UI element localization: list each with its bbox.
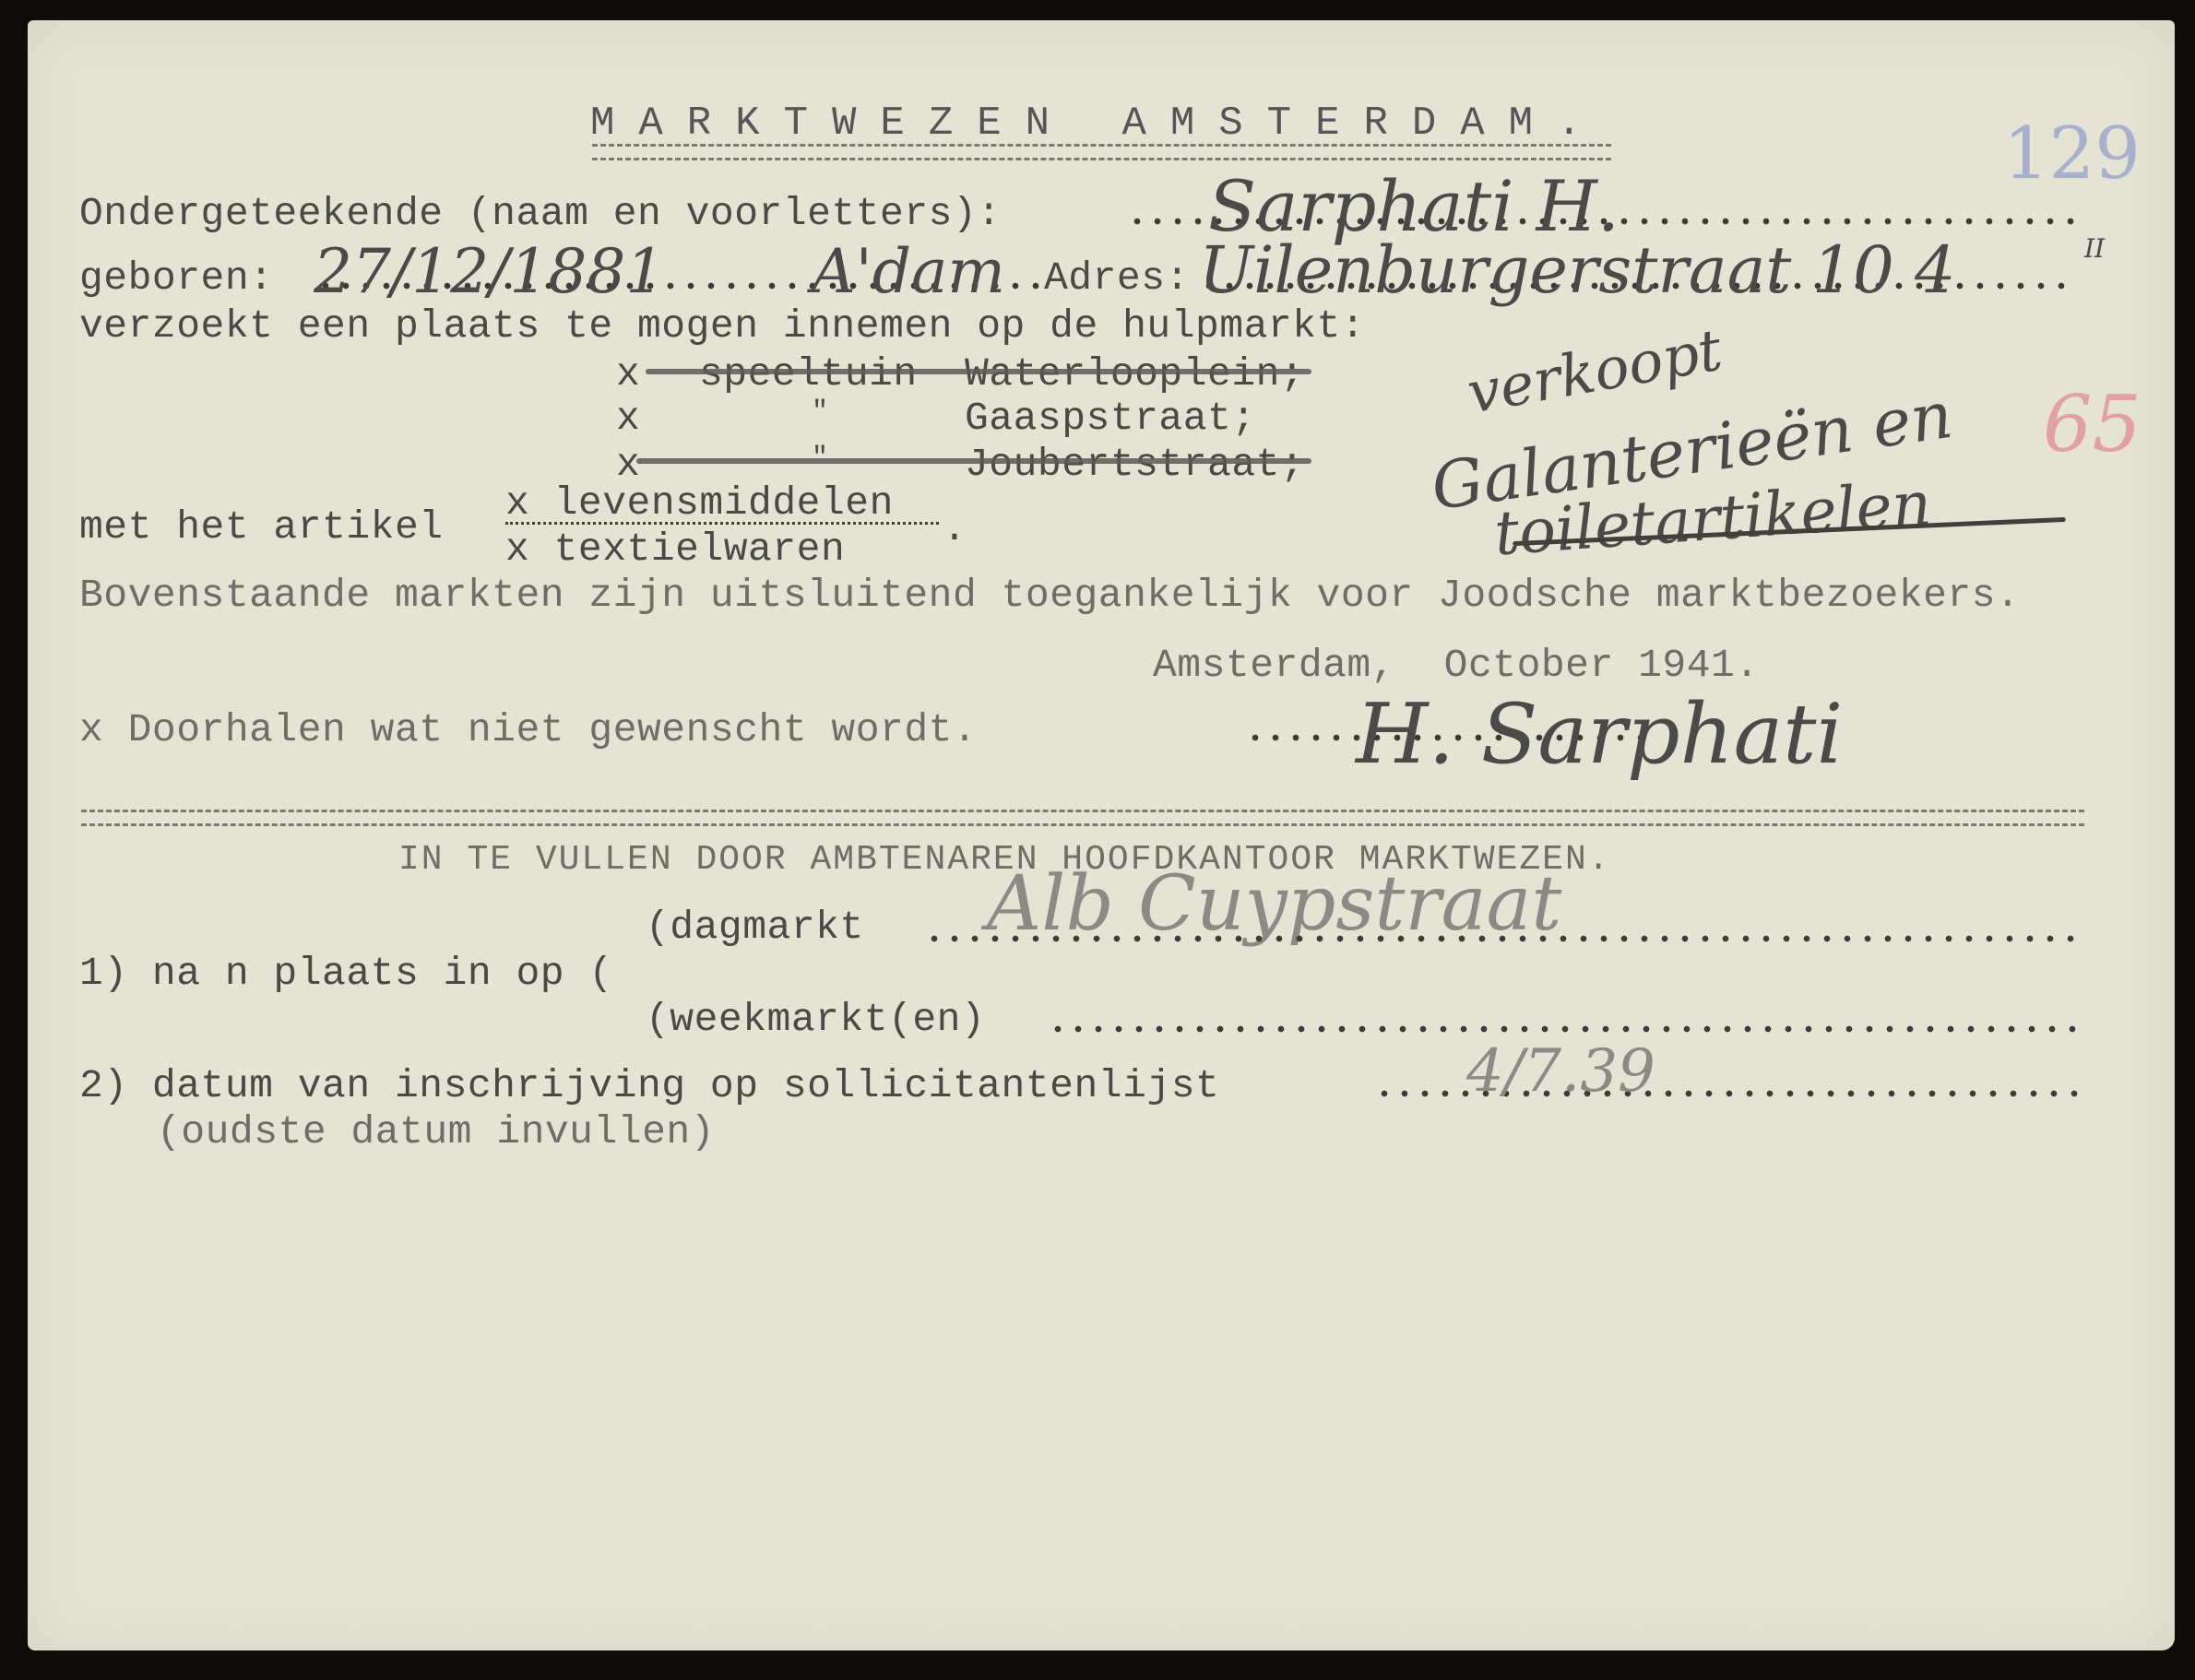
article-period: . (943, 509, 967, 549)
weekmarkt-label: (weekmarkt(en) (646, 1000, 985, 1039)
strike-instruction: x Doorhalen wat niet gewenscht wordt. (79, 710, 977, 750)
market-name-gaaspstraat: Gaaspstraat; (965, 398, 1256, 438)
market-marker-2: x (616, 398, 640, 438)
name-handwritten-value: Sarphati H. (1208, 172, 1620, 242)
market-marker-3: x (616, 444, 640, 484)
market-name-joubertstraat: Joubertstraat; (965, 444, 1304, 484)
request-intro: verzoekt een plaats te mogen innemen op … (79, 306, 1365, 346)
item2-label: 2) datum van inschrijving op sollicitant… (79, 1066, 1219, 1106)
name-label: Ondergeteekende (naam en voorletters): (79, 194, 1002, 233)
dagmarkt-handwritten-value: Alb Cuypstraat (987, 867, 1561, 942)
applicant-signature: H. Sarphati (1356, 693, 1843, 776)
document-title: MARKTWEZEN AMSTERDAM. (590, 103, 1606, 144)
market-marker-1: x (616, 354, 640, 394)
title-double-rule (592, 144, 1611, 160)
dagmarkt-label: (dagmarkt (646, 907, 864, 947)
weekmarkt-dotted-field (1048, 1025, 2086, 1033)
born-label: geboren: (79, 258, 273, 298)
market-prefix-2: " (812, 398, 829, 426)
born-place-handwritten: A'dam (812, 242, 1005, 302)
jewish-market-notice: Bovenstaande markten zijn uitsluitend to… (79, 575, 2020, 615)
item1-label: 1) na n plaats in op ( (79, 953, 613, 993)
office-number-pencil: 129 (2003, 118, 2141, 190)
item2-sub-instruction: (oudste datum invullen) (157, 1112, 715, 1152)
dagmarkt-dotted-field (924, 935, 2086, 942)
article-option-textielwaren: x textielwaren (505, 529, 845, 569)
address-floor-superscript: II (2084, 236, 2105, 262)
registration-date-handwritten: 4/7.39 (1466, 1042, 1655, 1101)
place-and-date: Amsterdam, October 1941. (1153, 645, 1760, 685)
address-label: Adres: (1044, 258, 1190, 298)
strikethrough-joubertstraat (636, 458, 1311, 464)
section-double-rule (81, 810, 2084, 826)
article-option-levensmiddelen: x levensmiddelen (505, 483, 894, 523)
born-date-handwritten: 27/12/1881 (314, 242, 664, 302)
article-label: met het artikel (79, 507, 444, 547)
red-pencil-note: 65 (2043, 385, 2142, 463)
strikethrough-waterlooplein (646, 369, 1311, 374)
address-handwritten-value: Uilenburgerstraat 10 4 (1199, 238, 1956, 302)
